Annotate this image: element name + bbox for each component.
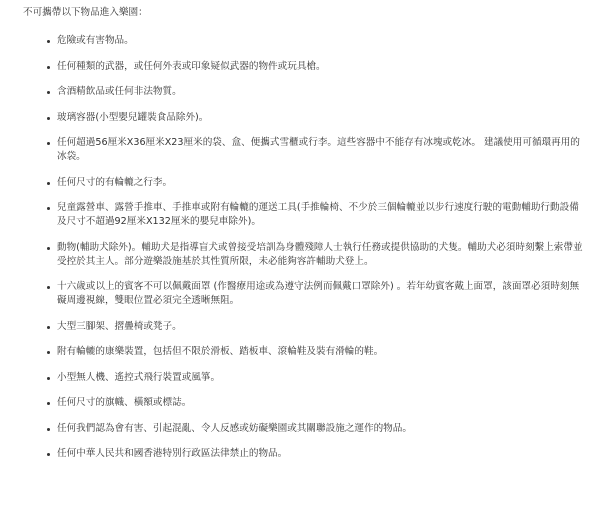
list-item-text: 含酒精飲品或任何非法物質。 [57, 85, 587, 99]
list-item-text: 任何中華人民共和國香港特別行政區法律禁止的物品。 [57, 447, 587, 461]
list-item-tripods: 大型三腳架、摺疊椅或凳子。 [47, 320, 587, 334]
list-item-wheeled-devices: 附有輪轆的康樂裝置，包括但不限於滑板、踏板車、滾輪鞋及裝有滑輪的鞋。 [47, 345, 587, 359]
list-item-wheeled-luggage: 任何尺寸的有輪轆之行李。 [47, 176, 587, 190]
list-item-wagons: 兒童露營車、露營手推車、手推車或附有輪轆的運送工具(手推輪椅、不少於三個輪轆並以… [47, 201, 587, 229]
list-item-animals: 動物(輔助犬除外)。輔助犬是指導盲犬或曾接受培訓為身體殘障人士執行任務或提供協助… [47, 241, 587, 269]
intro-text: 不可攜帶以下物品進入樂園： [23, 6, 600, 20]
list-item-text: 任何種類的武器，或任何外表或印象疑似武器的物件或玩具槍。 [57, 60, 587, 74]
list-item-dangerous: 危險或有害物品。 [47, 34, 587, 48]
list-item-weapons: 任何種類的武器，或任何外表或印象疑似武器的物件或玩具槍。 [47, 60, 587, 74]
list-item-text: 大型三腳架、摺疊椅或凳子。 [57, 320, 587, 334]
list-item-glass: 玻璃容器(小型嬰兒罐裝食品除外)。 [47, 111, 587, 125]
list-item-text: 玻璃容器(小型嬰兒罐裝食品除外)。 [57, 111, 587, 125]
list-item-text: 兒童露營車、露營手推車、手推車或附有輪轆的運送工具(手推輪椅、不少於三個輪轆並以… [57, 201, 587, 229]
list-item-text: 動物(輔助犬除外)。輔助犬是指導盲犬或曾接受培訓為身體殘障人士執行任務或提供協助… [57, 241, 587, 269]
list-item-text: 任何尺寸的旗幟、橫額或標誌。 [57, 396, 587, 410]
list-item-text: 危險或有害物品。 [57, 34, 587, 48]
list-item-alcohol: 含酒精飲品或任何非法物質。 [47, 85, 587, 99]
list-item-text: 小型無人機、遙控式飛行裝置或風箏。 [57, 371, 587, 385]
prohibited-items-section: 不可攜帶以下物品進入樂園： 危險或有害物品。 任何種類的武器，或任何外表或印象疑… [0, 0, 600, 461]
list-item-disruptive: 任何我們認為會有害、引起混亂、令人反感或妨礙樂園或其關聯設施之運作的物品。 [47, 422, 587, 436]
list-item-illegal: 任何中華人民共和國香港特別行政區法律禁止的物品。 [47, 447, 587, 461]
list-item-text: 十六歲或以上的賓客不可以佩戴面罩 (作醫療用途或為遵守法例而佩戴口罩除外) 。若… [57, 280, 587, 308]
list-item-text: 任何尺寸的有輪轆之行李。 [57, 176, 587, 190]
list-item-text: 任何我們認為會有害、引起混亂、令人反感或妨礙樂園或其關聯設施之運作的物品。 [57, 422, 587, 436]
list-item-masks: 十六歲或以上的賓客不可以佩戴面罩 (作醫療用途或為遵守法例而佩戴口罩除外) 。若… [47, 280, 587, 308]
list-item-flags: 任何尺寸的旗幟、橫額或標誌。 [47, 396, 587, 410]
list-item-drones: 小型無人機、遙控式飛行裝置或風箏。 [47, 371, 587, 385]
list-item-bags: 任何超過56厘米X36厘米X23厘米的袋、盒、便攜式雪櫃或行李。這些容器中不能存… [47, 136, 587, 164]
list-item-text: 任何超過56厘米X36厘米X23厘米的袋、盒、便攜式雪櫃或行李。這些容器中不能存… [57, 136, 587, 164]
list-item-text: 附有輪轆的康樂裝置，包括但不限於滑板、踏板車、滾輪鞋及裝有滑輪的鞋。 [57, 345, 587, 359]
prohibited-items-list: 危險或有害物品。 任何種類的武器，或任何外表或印象疑似武器的物件或玩具槍。 含酒… [23, 34, 587, 461]
